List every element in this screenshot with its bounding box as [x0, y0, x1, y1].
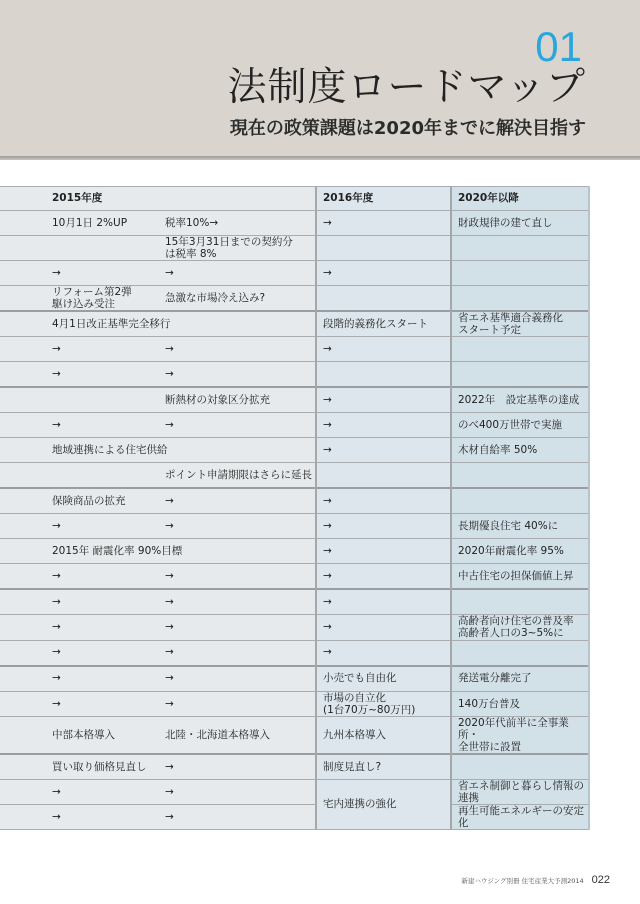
cell-2016: →: [316, 589, 451, 615]
page-subtitle: 現在の政策課題は2020年までに解決目指す: [230, 120, 586, 138]
cell-2020-onward: のべ400万世帯で実施: [451, 413, 589, 438]
table-row: 保険商品の拡充→→: [0, 488, 589, 514]
cell-2015-first-half: →: [0, 672, 165, 684]
cell-2015: 中部本格導入北陸・北海道本格導入: [0, 716, 316, 754]
cell-2015-first-half: →: [0, 811, 165, 823]
page-title: 法制度ロードマップ: [228, 68, 586, 107]
cell-2015-first-half: →: [0, 419, 165, 431]
roadmap-table: 2015年度 2016年度 2020年以降 10月1日 2%UP税率10%→→財…: [0, 186, 590, 830]
page-number: 022: [592, 874, 610, 886]
cell-2015-second-half: →: [165, 761, 315, 773]
table-row: →→: [0, 362, 589, 388]
cell-2016: →: [316, 387, 451, 413]
cell-2015-first-half: →: [0, 621, 165, 633]
cell-2020-onward: [451, 754, 589, 780]
cell-2015-first-half: →: [0, 267, 165, 279]
cell-2015-first-half: →: [0, 698, 165, 710]
cell-2016: [316, 463, 451, 489]
cell-2015: →→: [0, 514, 316, 539]
cell-2016: →: [316, 413, 451, 438]
table-row: →→→高齢者向け住宅の普及率高齢者人口の3~5%に: [0, 615, 589, 640]
table-row: →→→のべ400万世帯で実施: [0, 413, 589, 438]
cell-2016: →: [316, 564, 451, 590]
cell-2015-second-half: →: [165, 419, 315, 431]
publication-name: 新建ハウジング別冊 住宅産業大予測2014: [461, 876, 583, 885]
table-row: →→小売でも自由化発送電分離完了: [0, 666, 589, 692]
table-row: →→→長期優良住宅 40%に: [0, 514, 589, 539]
cell-2016: →: [316, 615, 451, 640]
page-footer: 新建ハウジング別冊 住宅産業大予測2014 022: [461, 874, 610, 886]
cell-2015-second-half: 急激な市場冷え込み?: [165, 292, 315, 304]
cell-2015-second-half: →: [165, 495, 315, 507]
cell-2020-onward: 高齢者向け住宅の普及率高齢者人口の3~5%に: [451, 615, 589, 640]
cell-2020-onward: 木材自給率 50%: [451, 438, 589, 463]
cell-2015: →→: [0, 640, 316, 666]
cell-2016: 制度見直し?: [316, 754, 451, 780]
cell-2016: 宅内連携の強化: [316, 779, 451, 829]
table-row: 15年3月31日までの契約分は税率 8%: [0, 236, 589, 261]
table-header-row: 2015年度 2016年度 2020年以降: [0, 187, 589, 211]
cell-2015: →→: [0, 362, 316, 388]
table-row: 地域連携による住宅供給→木材自給率 50%: [0, 438, 589, 463]
cell-2020-onward: [451, 488, 589, 514]
cell-2015: →→: [0, 413, 316, 438]
table-row: 断熱材の対象区分拡充→2022年 設定基準の達成: [0, 387, 589, 413]
cell-2016: →: [316, 438, 451, 463]
cell-2015-first-half: 保険商品の拡充: [0, 495, 165, 507]
cell-2015-first-half: リフォーム第2弾駆け込み受注: [0, 286, 165, 310]
cell-2015: →→: [0, 337, 316, 362]
cell-2020-onward: [451, 362, 589, 388]
cell-2016: →: [316, 488, 451, 514]
cell-2015-second-half: →: [165, 786, 315, 798]
cell-2015-first-half: 地域連携による住宅供給: [0, 444, 168, 456]
cell-2015-first-half: →: [0, 570, 165, 582]
column-header-2020: 2020年以降: [451, 187, 589, 211]
cell-2016: [316, 362, 451, 388]
table-row: →→市場の自立化(1台70万~80万円)140万台普及: [0, 691, 589, 716]
cell-2020-onward: 省エネ基準適合義務化スタート予定: [451, 311, 589, 337]
cell-2020-onward: 2022年 設定基準の達成: [451, 387, 589, 413]
table-row: 2015年 耐震化率 90%目標→2020年耐震化率 95%: [0, 539, 589, 564]
cell-2016: →: [316, 539, 451, 564]
cell-2015: 15年3月31日までの契約分は税率 8%: [0, 236, 316, 261]
cell-2020-onward: [451, 640, 589, 666]
cell-2015-second-half: →: [165, 368, 315, 380]
cell-2020-onward: 再生可能エネルギーの安定化: [451, 804, 589, 829]
cell-2015: 10月1日 2%UP税率10%→: [0, 211, 316, 236]
cell-2015: →→: [0, 261, 316, 286]
cell-2015-second-half: →: [165, 520, 315, 532]
cell-2015: →→: [0, 779, 316, 804]
table-row: ポイント申請期限はさらに延長: [0, 463, 589, 489]
cell-2015: 保険商品の拡充→: [0, 488, 316, 514]
cell-2015: 買い取り価格見直し→: [0, 754, 316, 780]
cell-2016: →: [316, 211, 451, 236]
cell-2015: →→: [0, 691, 316, 716]
cell-2015-first-half: 10月1日 2%UP: [0, 217, 165, 229]
cell-2015-first-half: →: [0, 596, 165, 608]
cell-2015-second-half: ポイント申請期限はさらに延長: [165, 469, 315, 481]
cell-2015-first-half: 4月1日改正基準完全移行: [0, 318, 170, 330]
table-row: →→→: [0, 640, 589, 666]
cell-2015: →→: [0, 615, 316, 640]
cell-2016: →: [316, 514, 451, 539]
cell-2016: 市場の自立化(1台70万~80万円): [316, 691, 451, 716]
cell-2020-onward: 中古住宅の担保価値上昇: [451, 564, 589, 590]
cell-2015-second-half: →: [165, 811, 315, 823]
table-row: →→→中古住宅の担保価値上昇: [0, 564, 589, 590]
cell-2015-first-half: →: [0, 343, 165, 355]
cell-2016: 小売でも自由化: [316, 666, 451, 692]
cell-2020-onward: 2020年代前半に全事業所・全世帯に設置: [451, 716, 589, 754]
table-row: →→再生可能エネルギーの安定化: [0, 804, 589, 829]
column-header-2016: 2016年度: [316, 187, 451, 211]
cell-2015-second-half: →: [165, 570, 315, 582]
cell-2015: 2015年 耐震化率 90%目標: [0, 539, 316, 564]
cell-2015-second-half: 断熱材の対象区分拡充: [165, 394, 315, 406]
cell-2015: ポイント申請期限はさらに延長: [0, 463, 316, 489]
column-header-2015: 2015年度: [0, 187, 316, 211]
cell-2016: →: [316, 261, 451, 286]
cell-2015-first-half: 中部本格導入: [0, 729, 165, 741]
cell-2015-first-half: →: [0, 368, 165, 380]
cell-2016: →: [316, 337, 451, 362]
cell-2020-onward: 2020年耐震化率 95%: [451, 539, 589, 564]
cell-2015: 断熱材の対象区分拡充: [0, 387, 316, 413]
table-row: 買い取り価格見直し→制度見直し?: [0, 754, 589, 780]
table-row: リフォーム第2弾駆け込み受注急激な市場冷え込み?: [0, 286, 589, 312]
cell-2015-second-half: →: [165, 646, 315, 658]
cell-2020-onward: [451, 286, 589, 312]
header-band: 01 法制度ロードマップ 現在の政策課題は2020年までに解決目指す: [0, 0, 640, 156]
table-row: 10月1日 2%UP税率10%→→財政規律の建て直し: [0, 211, 589, 236]
cell-2015-first-half: →: [0, 786, 165, 798]
chapter-number: 01: [535, 26, 582, 68]
cell-2015: 4月1日改正基準完全移行: [0, 311, 316, 337]
cell-2015-first-half: 買い取り価格見直し: [0, 761, 165, 773]
cell-2020-onward: [451, 589, 589, 615]
cell-2015: リフォーム第2弾駆け込み受注急激な市場冷え込み?: [0, 286, 316, 312]
cell-2020-onward: 140万台普及: [451, 691, 589, 716]
cell-2020-onward: 発送電分離完了: [451, 666, 589, 692]
cell-2016: [316, 286, 451, 312]
cell-2016: [316, 236, 451, 261]
cell-2015-second-half: →: [165, 596, 315, 608]
cell-2015-second-half: 北陸・北海道本格導入: [165, 729, 315, 741]
table-row: →→→: [0, 337, 589, 362]
cell-2016: 九州本格導入: [316, 716, 451, 754]
table-row: →→→: [0, 261, 589, 286]
cell-2015: →→: [0, 564, 316, 590]
cell-2015: →→: [0, 804, 316, 829]
table-row: →→宅内連携の強化省エネ制御と暮らし情報の連携: [0, 779, 589, 804]
cell-2020-onward: 長期優良住宅 40%に: [451, 514, 589, 539]
table-row: 中部本格導入北陸・北海道本格導入九州本格導入2020年代前半に全事業所・全世帯に…: [0, 716, 589, 754]
cell-2015-second-half: →: [165, 267, 315, 279]
cell-2020-onward: [451, 236, 589, 261]
cell-2020-onward: [451, 463, 589, 489]
cell-2020-onward: 省エネ制御と暮らし情報の連携: [451, 779, 589, 804]
cell-2015-second-half: 税率10%→: [165, 217, 315, 229]
cell-2015: 地域連携による住宅供給: [0, 438, 316, 463]
cell-2020-onward: [451, 337, 589, 362]
cell-2015-second-half: →: [165, 672, 315, 684]
cell-2020-onward: [451, 261, 589, 286]
cell-2015-first-half: 2015年 耐震化率 90%目標: [0, 545, 182, 557]
cell-2016: 段階的義務化スタート: [316, 311, 451, 337]
cell-2015: →→: [0, 589, 316, 615]
cell-2020-onward: 財政規律の建て直し: [451, 211, 589, 236]
table-row: →→→: [0, 589, 589, 615]
cell-2016: →: [316, 640, 451, 666]
cell-2015-second-half: →: [165, 621, 315, 633]
cell-2015-second-half: →: [165, 343, 315, 355]
cell-2015: →→: [0, 666, 316, 692]
cell-2015-second-half: →: [165, 698, 315, 710]
table-row: 4月1日改正基準完全移行段階的義務化スタート省エネ基準適合義務化スタート予定: [0, 311, 589, 337]
cell-2015-first-half: →: [0, 646, 165, 658]
roadmap-body: 10月1日 2%UP税率10%→→財政規律の建て直し15年3月31日までの契約分…: [0, 211, 589, 830]
cell-2015-first-half: →: [0, 520, 165, 532]
cell-2015-second-half: 15年3月31日までの契約分は税率 8%: [165, 236, 315, 260]
